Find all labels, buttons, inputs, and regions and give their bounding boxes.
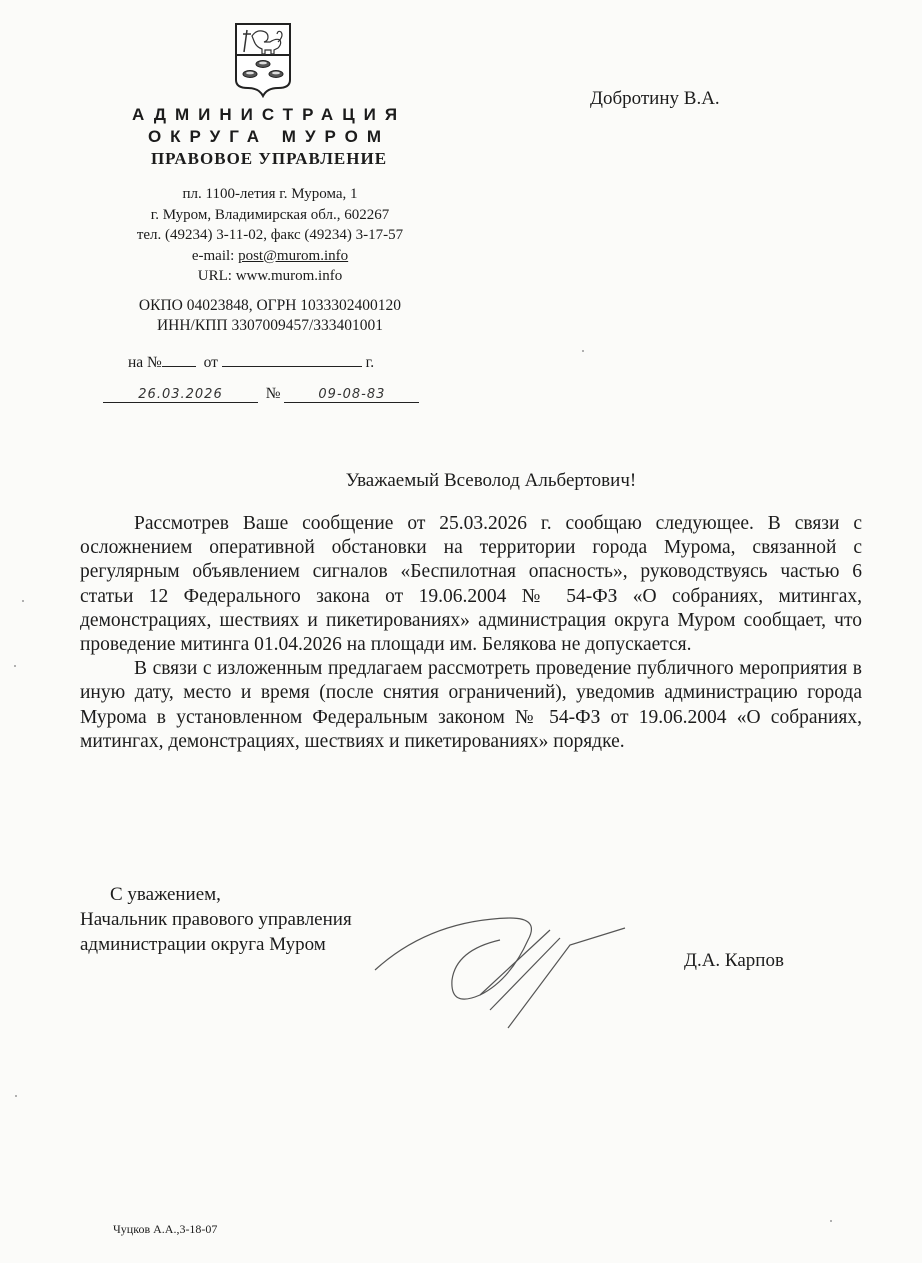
ref-date-label: от xyxy=(204,354,218,371)
phone-fax-line: тел. (49234) 3-11-02, факс (49234) 3-17-… xyxy=(95,225,445,246)
body-paragraph: Рассмотрев Ваше сообщение от 25.03.2026 … xyxy=(80,512,862,657)
email-link[interactable]: post@murom.info xyxy=(238,248,348,264)
org-name-line1: АДМИНИСТРАЦИЯ xyxy=(110,104,428,126)
url-line: URL: www.murom.info xyxy=(95,266,445,287)
org-name-line2: ОКРУГА МУРОМ xyxy=(110,126,428,148)
scan-speck xyxy=(22,600,24,602)
coat-of-arms-icon xyxy=(234,22,292,98)
scan-speck xyxy=(830,1220,832,1222)
incoming-reference-line: на № от г. xyxy=(128,352,374,372)
ref-date-blank xyxy=(222,352,362,367)
addressee: Добротину В.А. xyxy=(590,88,720,110)
signer-name: Д.А. Карпов xyxy=(684,950,784,972)
salutation: Уважаемый Всеволод Альбертович! xyxy=(0,470,922,492)
scan-speck xyxy=(14,665,16,667)
okpo-ogrn-line: ОКПО 04023848, ОГРН 1033302400120 xyxy=(90,296,450,316)
position-line2: администрации округа Муром xyxy=(80,932,352,957)
inn-kpp-line: ИНН/КПП 3307009457/333401001 xyxy=(90,316,450,336)
department-name: ПРАВОВОЕ УПРАВЛЕНИЕ xyxy=(110,148,428,170)
outgoing-date: 26.03.2026 xyxy=(103,387,258,403)
regards: С уважением, xyxy=(80,882,352,907)
email-line: e-mail: post@murom.info xyxy=(95,246,445,267)
outgoing-reference-line: 26.03.2026 № 09-08-83 xyxy=(103,385,419,403)
registration-codes: ОКПО 04023848, ОГРН 1033302400120 ИНН/КП… xyxy=(90,296,450,336)
ref-number-blank xyxy=(162,352,196,367)
letter-body: Рассмотрев Ваше сообщение от 25.03.2026 … xyxy=(80,512,862,754)
email-label: e-mail: xyxy=(192,248,238,264)
address-line2: г. Муром, Владимирская обл., 602267 xyxy=(95,205,445,226)
ref-year-suffix: г. xyxy=(366,354,374,371)
scan-speck xyxy=(582,350,584,352)
address-line1: пл. 1100-летия г. Мурома, 1 xyxy=(95,184,445,205)
body-paragraph: В связи с изложенным предлагаем рассмотр… xyxy=(80,657,862,754)
closing-block: С уважением, Начальник правового управле… xyxy=(80,882,352,957)
signature-icon xyxy=(370,900,640,1040)
ref-number-label: на № xyxy=(128,354,162,371)
executor-contact: Чуцков А.А.,3-18-07 xyxy=(113,1222,217,1237)
contact-block: пл. 1100-летия г. Мурома, 1 г. Муром, Вл… xyxy=(95,184,445,287)
outgoing-number-label: № xyxy=(266,385,281,402)
outgoing-number: 09-08-83 xyxy=(284,387,419,403)
position-line1: Начальник правового управления xyxy=(80,907,352,932)
scan-speck xyxy=(15,1095,17,1097)
